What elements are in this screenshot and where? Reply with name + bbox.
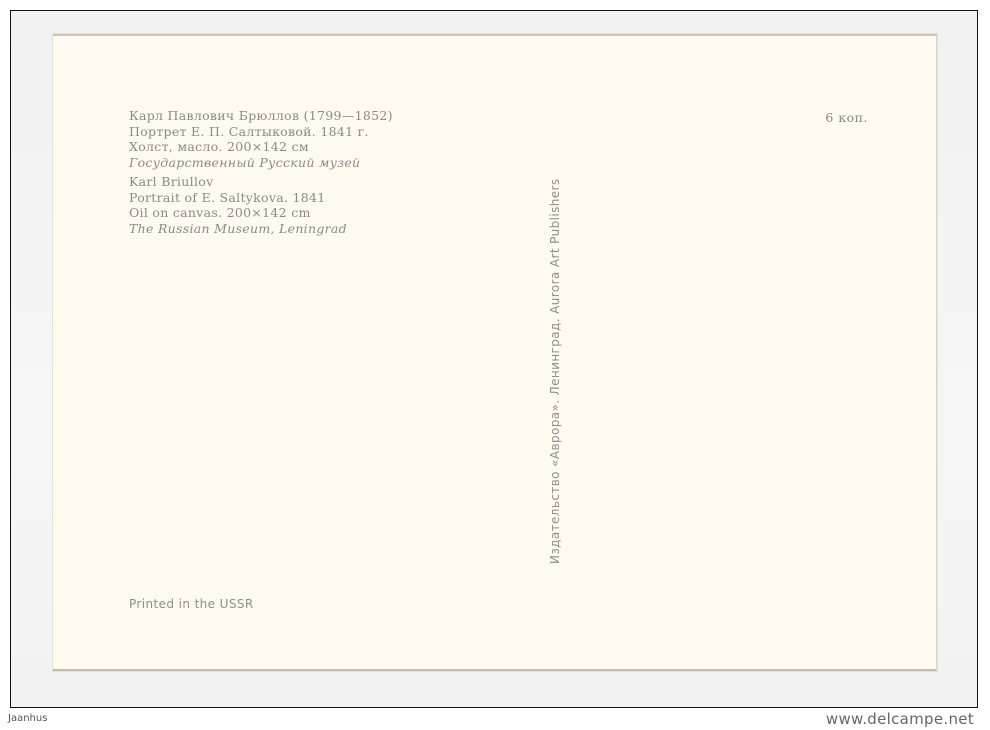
printed-in-label: Printed in the USSR [129,597,254,611]
caption-ru-medium: Холст, масло. 200×142 см [129,139,393,155]
caption-ru-museum: Государственный Русский музей [129,155,393,171]
caption-en-title: Portrait of E. Saltykova. 1841 [129,190,393,206]
seller-name: Jaanhus [8,713,47,724]
scan-frame: Карл Павлович Брюллов (1799—1852) Портре… [10,10,978,708]
caption-en-artist: Karl Briullov [129,174,393,190]
price-label: 6 коп. [825,110,868,125]
caption-en-museum: The Russian Museum, Leningrad [129,221,393,237]
caption-ru-artist: Карл Павлович Брюллов (1799—1852) [129,108,393,124]
publisher-text: Издательство «Аврора». Ленинград. Aurora… [548,144,562,564]
caption-ru-title: Портрет Е. П. Салтыковой. 1841 г. [129,124,393,140]
site-watermark: www.delcampe.net [826,710,974,728]
artwork-caption: Карл Павлович Брюллов (1799—1852) Портре… [129,108,393,236]
publisher-imprint: Издательство «Аврора». Ленинград. Aurora… [548,144,565,564]
postcard-back: Карл Павлович Брюллов (1799—1852) Портре… [53,34,937,671]
caption-en-medium: Oil on canvas. 200×142 cm [129,205,393,221]
